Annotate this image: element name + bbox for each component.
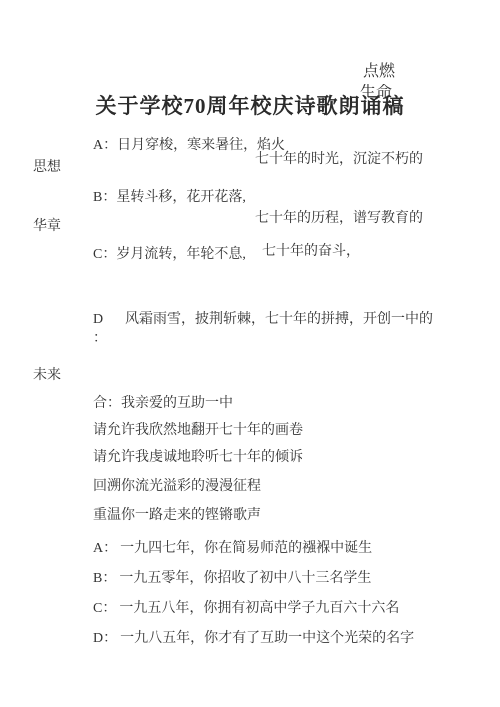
chorus-line-listen: 请允许我虔诚地聆听七十年的倾诉 bbox=[93, 450, 303, 466]
history-line-1985: D：一九八五年，你才有了互助一中这个光荣的名字 bbox=[93, 631, 414, 647]
verse-line-d: 风霜雨雪，披荆斩棘，七十年的拼搏，开创一中的 bbox=[125, 312, 433, 328]
history-text-1950: 一九五零年，你招收了初中八十三名学生 bbox=[119, 571, 371, 586]
verse-line-a-wrap-word: 思想 bbox=[33, 160, 61, 176]
history-text-1958: 一九五八年，你拥有初高中学子九百六十六名 bbox=[119, 601, 399, 616]
verse-line-d-speaker: D bbox=[93, 312, 103, 328]
history-speaker-d: D： bbox=[93, 631, 117, 647]
document-title: 关于学校70周年校庆诗歌朗诵稿 bbox=[0, 94, 500, 118]
chorus-line-together: 合：我亲爱的互助一中 bbox=[93, 396, 233, 412]
history-line-1947: A：一九四七年，你在简易师范的襁褓中诞生 bbox=[93, 541, 372, 557]
history-speaker-b: B： bbox=[93, 571, 116, 587]
chorus-line-look-back: 回溯你流光溢彩的漫漫征程 bbox=[93, 479, 261, 495]
verse-line-a-continuation: 七十年的时光，沉淀不朽的 bbox=[255, 152, 423, 168]
chorus-line-revisit: 重温你一路走来的铿锵歌声 bbox=[93, 508, 261, 524]
verse-line-d-wrap-word: 未来 bbox=[33, 368, 61, 384]
verse-line-a: A：日月穿梭，寒来暑往， bbox=[93, 138, 257, 154]
history-speaker-c: C： bbox=[93, 601, 116, 617]
history-text-1947: 一九四七年，你在简易师范的襁褓中诞生 bbox=[120, 541, 372, 556]
verse-line-b: B：星转斗移，花开花落, bbox=[93, 190, 246, 206]
verse-line-b-wrap-word: 华章 bbox=[33, 219, 61, 235]
verse-line-c-tail: 七十年的奋斗， bbox=[262, 244, 360, 260]
document-page: 点燃 生命 关于学校70周年校庆诗歌朗诵稿 A：日月穿梭，寒来暑往， 焰火 七十… bbox=[0, 0, 500, 707]
verse-line-c: C：岁月流转，年轮不息, bbox=[93, 247, 246, 263]
chorus-line-open-scroll: 请允许我欣然地翻开七十年的画卷 bbox=[93, 423, 303, 439]
verse-line-b-continuation: 七十年的历程，谱写教育的 bbox=[255, 211, 423, 227]
history-speaker-a: A： bbox=[93, 541, 117, 557]
history-line-1950: B：一九五零年，你招收了初中八十三名学生 bbox=[93, 571, 371, 587]
verse-line-d-colon: ： bbox=[93, 331, 107, 347]
history-line-1958: C：一九五八年，你拥有初高中学子九百六十六名 bbox=[93, 601, 399, 617]
floating-word-ignite: 点燃 bbox=[363, 63, 395, 81]
history-text-1985: 一九八五年，你才有了互助一中这个光荣的名字 bbox=[120, 631, 414, 646]
